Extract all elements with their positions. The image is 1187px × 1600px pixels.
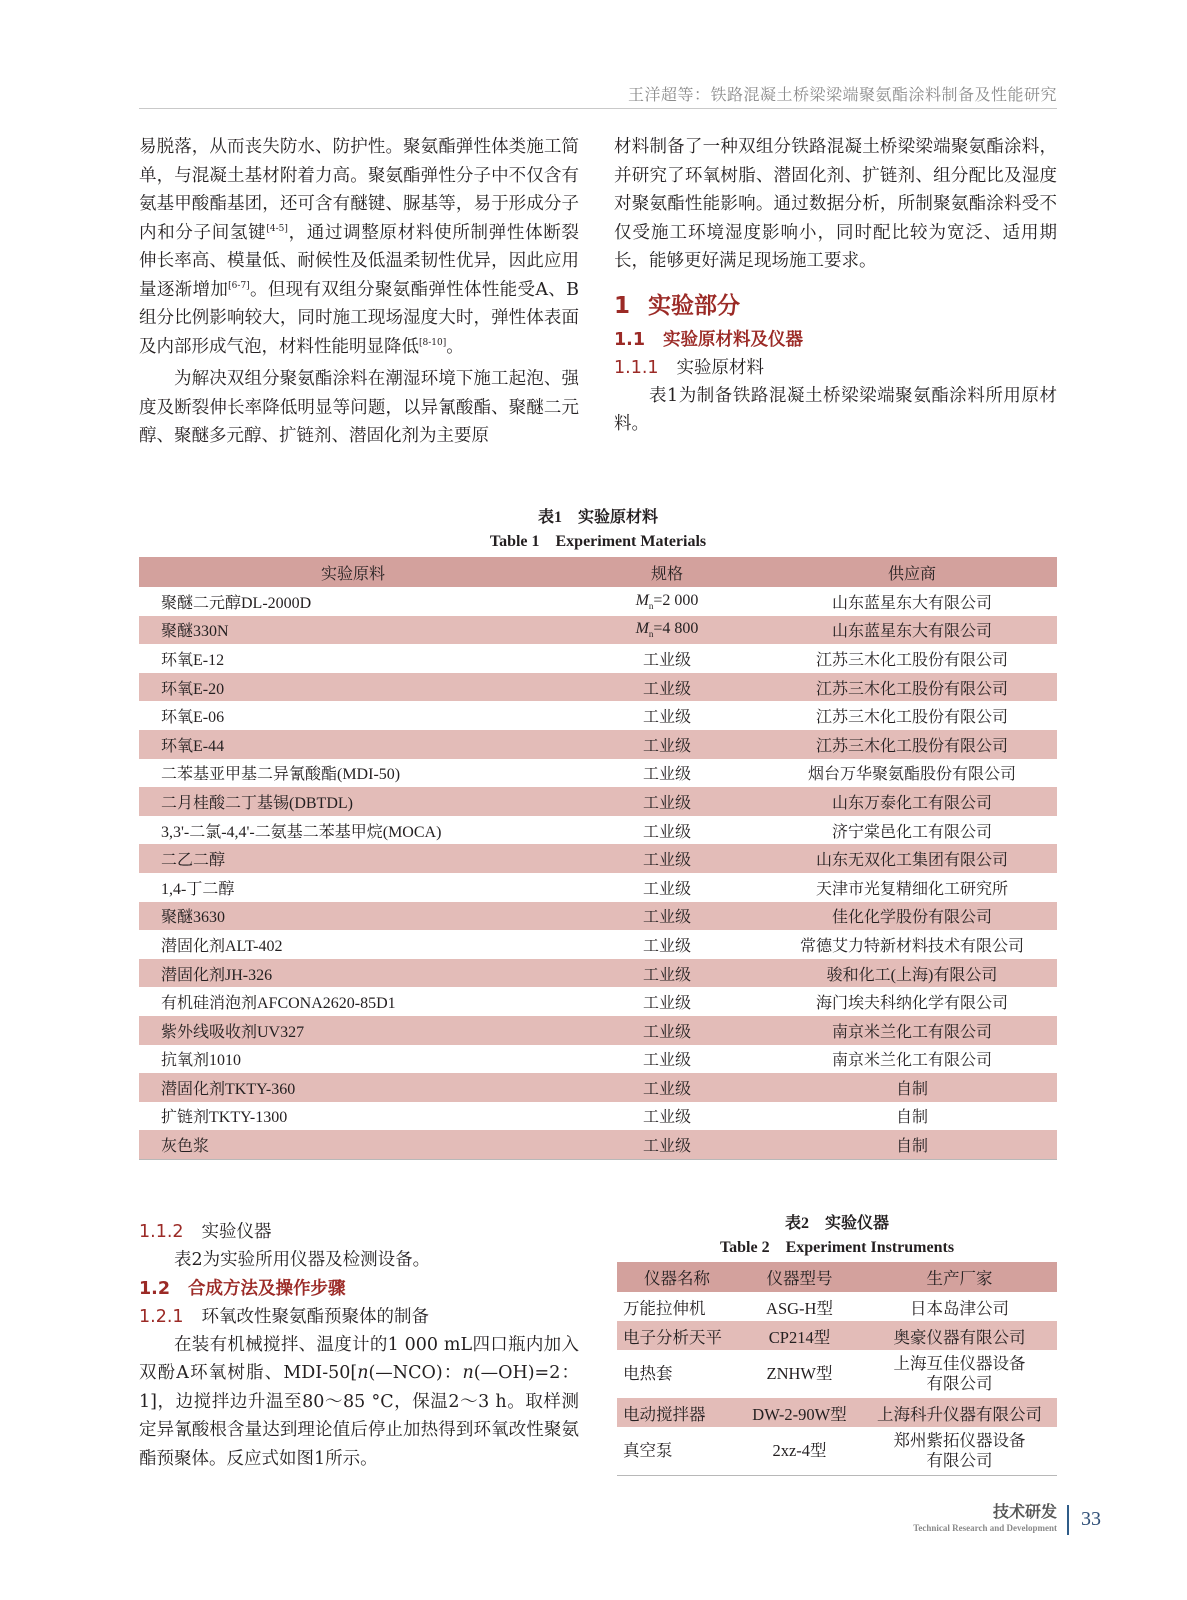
citation: [4-5] bbox=[266, 224, 288, 234]
table-row: 潜固化剂JH-326工业级骏和化工(上海)有限公司 bbox=[139, 959, 1057, 988]
lower-left-column: 1.1.2实验仪器 表2为实验所用仪器及检测设备。 1.2合成方法及操作步骤 1… bbox=[139, 1218, 579, 1473]
section-heading-1-2: 1.2合成方法及操作步骤 bbox=[139, 1275, 579, 1303]
table-row: 环氧E-20工业级江苏三木化工股份有限公司 bbox=[139, 673, 1057, 702]
column-header: 实验原料 bbox=[139, 557, 567, 587]
section-heading-1-1-2: 1.1.2实验仪器 bbox=[139, 1218, 579, 1246]
page-number: 33 bbox=[1081, 1508, 1101, 1531]
table-row: 聚醚二元醇DL-2000DMn=2 000山东蓝星东大有限公司 bbox=[139, 587, 1057, 616]
table-row: 万能拉伸机ASG-H型日本岛津公司 bbox=[617, 1292, 1057, 1321]
footer-section-label: 技术研发 Technical Research and Development bbox=[913, 1502, 1057, 1534]
table1-caption-en: Table 1 Experiment Materials bbox=[139, 530, 1057, 554]
running-header: 王洋超等：铁路混凝土桥梁梁端聚氨酯涂料制备及性能研究 bbox=[139, 80, 1057, 109]
instruments-table: 仪器名称 仪器型号 生产厂家 万能拉伸机ASG-H型日本岛津公司 电子分析天平C… bbox=[617, 1262, 1057, 1476]
section-heading-1-1: 1.1实验原材料及仪器 bbox=[614, 326, 1057, 354]
table-row: 潜固化剂TKTY-360工业级自制 bbox=[139, 1073, 1057, 1102]
footer-divider bbox=[1067, 1505, 1069, 1535]
citation: [8-10] bbox=[419, 338, 446, 348]
table-row: 二乙二醇工业级山东无双化工集团有限公司 bbox=[139, 844, 1057, 873]
table-row: 二月桂酸二丁基锡(DBTDL)工业级山东万泰化工有限公司 bbox=[139, 787, 1057, 816]
left-column: 易脱落，从而丧失防水、防护性。聚氨酯弹性体类施工简单，与混凝土基材附着力高。聚氨… bbox=[139, 133, 579, 451]
column-header: 生产厂家 bbox=[862, 1262, 1057, 1292]
table-row: 潜固化剂ALT-402工业级常德艾力特新材料技术有限公司 bbox=[139, 930, 1057, 959]
column-header: 仪器型号 bbox=[737, 1262, 862, 1292]
table-row: 环氧E-44工业级江苏三木化工股份有限公司 bbox=[139, 730, 1057, 759]
table-row: 抗氧剂1010工业级南京米兰化工有限公司 bbox=[139, 1045, 1057, 1074]
table-row: 二苯基亚甲基二异氰酸酯(MDI-50)工业级烟台万华聚氨酯股份有限公司 bbox=[139, 759, 1057, 788]
right-column: 材料制备了一种双组分铁路混凝土桥梁梁端聚氨酯涂料，并研究了环氧树脂、潜固化剂、扩… bbox=[614, 133, 1057, 439]
table-row: 有机硅消泡剂AFCONA2620-85D1工业级海门埃夫科纳化学有限公司 bbox=[139, 987, 1057, 1016]
table-row: 扩链剂TKTY-1300工业级自制 bbox=[139, 1102, 1057, 1131]
column-header: 供应商 bbox=[767, 557, 1057, 587]
table-row: 1,4-丁二醇工业级天津市光复精细化工研究所 bbox=[139, 873, 1057, 902]
table-row: 电动搅拌器DW-2-90W型上海科升仪器有限公司 bbox=[617, 1398, 1057, 1427]
table-row: 3,3'-二氯-4,4'-二氨基二苯基甲烷(MOCA)工业级济宁棠邑化工有限公司 bbox=[139, 816, 1057, 845]
table-row: 灰色浆工业级自制 bbox=[139, 1130, 1057, 1159]
column-header: 仪器名称 bbox=[617, 1262, 737, 1292]
footer-section-en: Technical Research and Development bbox=[913, 1522, 1057, 1534]
spec-cell: Mn=2 000 bbox=[567, 587, 767, 616]
table1-caption: 表1 实验原材料 Table 1 Experiment Materials bbox=[139, 506, 1057, 554]
column-header: 规格 bbox=[567, 557, 767, 587]
intro-paragraph-2: 为解决双组分聚氨酯涂料在潮湿环境下施工起泡、强度及断裂伸长率降低明显等问题，以异… bbox=[139, 365, 579, 451]
table-row: 电热套ZNHW型上海互佳仪器设备 有限公司 bbox=[617, 1350, 1057, 1398]
table-row: 聚醚3630工业级佳化化学股份有限公司 bbox=[139, 902, 1057, 931]
table-header-row: 实验原料 规格 供应商 bbox=[139, 557, 1057, 587]
running-title: 王洋超等：铁路混凝土桥梁梁端聚氨酯涂料制备及性能研究 bbox=[628, 82, 1057, 105]
intro-paragraph-3: 材料制备了一种双组分铁路混凝土桥梁梁端聚氨酯涂料，并研究了环氧树脂、潜固化剂、扩… bbox=[614, 133, 1057, 276]
citation: [6-7] bbox=[228, 281, 250, 291]
table2-caption-zh: 表2 实验仪器 bbox=[617, 1212, 1057, 1236]
materials-table: 实验原料 规格 供应商 聚醚二元醇DL-2000DMn=2 000山东蓝星东大有… bbox=[139, 557, 1057, 1160]
section-heading-1: 1实验部分 bbox=[614, 290, 1057, 322]
instruments-intro-paragraph: 表2为实验所用仪器及检测设备。 bbox=[139, 1246, 579, 1275]
synthesis-paragraph: 在装有机械搅拌、温度计的1 000 mL四口瓶内加入双酚A环氧树脂、MDI-50… bbox=[139, 1331, 579, 1474]
table2-caption-en: Table 2 Experiment Instruments bbox=[617, 1236, 1057, 1260]
section-heading-1-2-1: 1.2.1环氧改性聚氨酯预聚体的制备 bbox=[139, 1303, 579, 1331]
table-row: 聚醚330NMn=4 800山东蓝星东大有限公司 bbox=[139, 616, 1057, 645]
footer-section-zh: 技术研发 bbox=[913, 1502, 1057, 1522]
section-heading-1-1-1: 1.1.1实验原材料 bbox=[614, 354, 1057, 382]
table-header-row: 仪器名称 仪器型号 生产厂家 bbox=[617, 1262, 1057, 1292]
spec-cell: Mn=4 800 bbox=[567, 616, 767, 645]
table-row: 紫外线吸收剂UV327工业级南京米兰化工有限公司 bbox=[139, 1016, 1057, 1045]
table1-caption-zh: 表1 实验原材料 bbox=[139, 506, 1057, 530]
table-row: 电子分析天平CP214型奥豪仪器有限公司 bbox=[617, 1321, 1057, 1350]
table-row: 真空泵2xz-4型郑州紫拓仪器设备 有限公司 bbox=[617, 1427, 1057, 1476]
table1-intro-paragraph: 表1为制备铁路混凝土桥梁梁端聚氨酯涂料所用原材料。 bbox=[614, 382, 1057, 439]
table2-caption: 表2 实验仪器 Table 2 Experiment Instruments bbox=[617, 1212, 1057, 1260]
intro-paragraph-1: 易脱落，从而丧失防水、防护性。聚氨酯弹性体类施工简单，与混凝土基材附着力高。聚氨… bbox=[139, 133, 579, 361]
table-row: 环氧E-12工业级江苏三木化工股份有限公司 bbox=[139, 644, 1057, 673]
table-row: 环氧E-06工业级江苏三木化工股份有限公司 bbox=[139, 701, 1057, 730]
